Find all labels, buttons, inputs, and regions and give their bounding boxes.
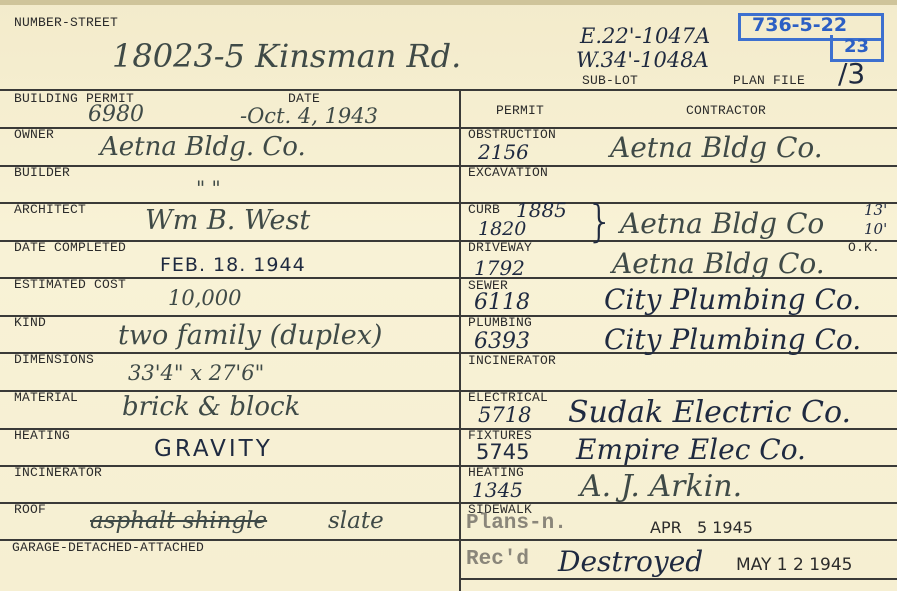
stamp-plans-date: APR 5 1945 xyxy=(650,520,753,536)
value-plumbing-contractor: City Plumbing Co. xyxy=(604,326,861,354)
value-electrical-number: 5718 xyxy=(478,405,531,426)
value-sub-lot-1: E.22'-1047A xyxy=(580,26,710,47)
label-plan-file: PLAN FILE xyxy=(733,74,805,87)
value-curb-number: 1885 xyxy=(516,200,567,220)
value-sewer-number: 6118 xyxy=(474,292,530,314)
value-driveway-note: 10' xyxy=(864,222,887,237)
value-stamp-sub: 23 xyxy=(844,38,869,56)
value-driveway-status: O.K. xyxy=(848,241,880,254)
value-number-street: 18023-5 Kinsman Rd. xyxy=(112,40,461,72)
label-heating: HEATING xyxy=(14,429,70,442)
label-excavation: EXCAVATION xyxy=(468,166,548,179)
rule xyxy=(460,578,897,580)
label-driveway: DRIVEWAY xyxy=(468,241,532,254)
value-plan-file: /3 xyxy=(838,60,865,88)
value-estimated-cost: 10,000 xyxy=(168,288,241,309)
value-owner: Aetna Bldg. Co. xyxy=(100,134,306,160)
stamp-recd-label: Rec'd xyxy=(466,549,529,570)
rule xyxy=(0,502,897,504)
value-plumbing-number: 6393 xyxy=(474,331,530,353)
label-garage: GARAGE-DETACHED-ATTACHED xyxy=(12,541,204,554)
permit-card: NUMBER-STREET 18023-5 Kinsman Rd. E.22'-… xyxy=(0,0,897,591)
value-material: brick & block xyxy=(122,394,300,420)
stamp-plans-label: Plans-n. xyxy=(466,513,567,534)
value-stamp-ref: 736-5-22 xyxy=(752,16,847,35)
value-roof: slate xyxy=(328,510,384,533)
label-incinerator: INCINERATOR xyxy=(14,466,102,479)
rule xyxy=(0,202,897,204)
label-permit-header: PERMIT xyxy=(496,104,544,117)
value-sub-lot-2: W.34'-1048A xyxy=(576,50,709,71)
label-plumbing: PLUMBING xyxy=(468,316,532,329)
label-owner: OWNER xyxy=(14,128,54,141)
label-kind: KIND xyxy=(14,316,46,329)
label-contractor-header: CONTRACTOR xyxy=(686,104,766,117)
value-curb-contractor: Aetna Bldg Co xyxy=(620,210,824,238)
label-date-completed: DATE COMPLETED xyxy=(14,241,126,254)
value-building-permit: 6980 xyxy=(88,104,144,126)
value-fixtures-contractor: Empire Elec Co. xyxy=(576,436,806,464)
value-builder: " " xyxy=(196,178,221,198)
value-recd-note: Destroyed xyxy=(558,548,703,576)
value-obstruction-contractor: Aetna Bldg Co. xyxy=(610,134,823,162)
rule xyxy=(0,127,897,129)
value-roof-struck: asphalt shingle xyxy=(90,510,267,533)
label-dimensions: DIMENSIONS xyxy=(14,353,94,366)
value-obstruction-number: 2156 xyxy=(478,142,529,162)
label-roof: ROOF xyxy=(14,503,46,516)
label-builder: BUILDER xyxy=(14,166,70,179)
label-sub-lot: SUB-LOT xyxy=(582,74,638,87)
value-kind: two family (duplex) xyxy=(118,322,382,349)
label-architect: ARCHITECT xyxy=(14,203,86,216)
rule xyxy=(0,240,897,242)
value-fixtures-number: 5745 xyxy=(476,442,529,463)
value-dimensions: 33'4" x 27'6" xyxy=(128,363,264,384)
value-driveway-number: 1820 xyxy=(478,220,526,239)
value-driveway2-number: 1792 xyxy=(474,258,525,278)
label-material: MATERIAL xyxy=(14,391,78,404)
value-electrical-contractor: Sudak Electric Co. xyxy=(568,398,851,428)
label-number-street: NUMBER-STREET xyxy=(14,16,118,29)
value-driveway2-contractor: Aetna Bldg Co. xyxy=(612,250,825,278)
brace-icon: } xyxy=(586,200,614,244)
column-divider xyxy=(459,89,461,591)
value-architect: Wm B. West xyxy=(145,207,310,234)
rule xyxy=(0,89,897,91)
value-heating-contractor: A. J. Arkin. xyxy=(580,472,742,502)
rule xyxy=(0,165,897,167)
value-sewer-contractor: City Plumbing Co. xyxy=(604,286,861,314)
value-date-completed: FEB. 18. 1944 xyxy=(160,256,306,275)
label-curb: CURB xyxy=(468,203,500,216)
value-curb-note: 13' xyxy=(864,203,887,218)
value-heating-number: 1345 xyxy=(472,480,523,500)
label-estimated-cost: ESTIMATED COST xyxy=(14,278,126,291)
stamp-recd-date: MAY 1 2 1945 xyxy=(736,557,852,574)
value-date: -Oct. 4, 1943 xyxy=(240,106,378,127)
value-heating: GRAVITY xyxy=(154,438,273,461)
label-incinerator-right: INCINERATOR xyxy=(468,354,556,367)
